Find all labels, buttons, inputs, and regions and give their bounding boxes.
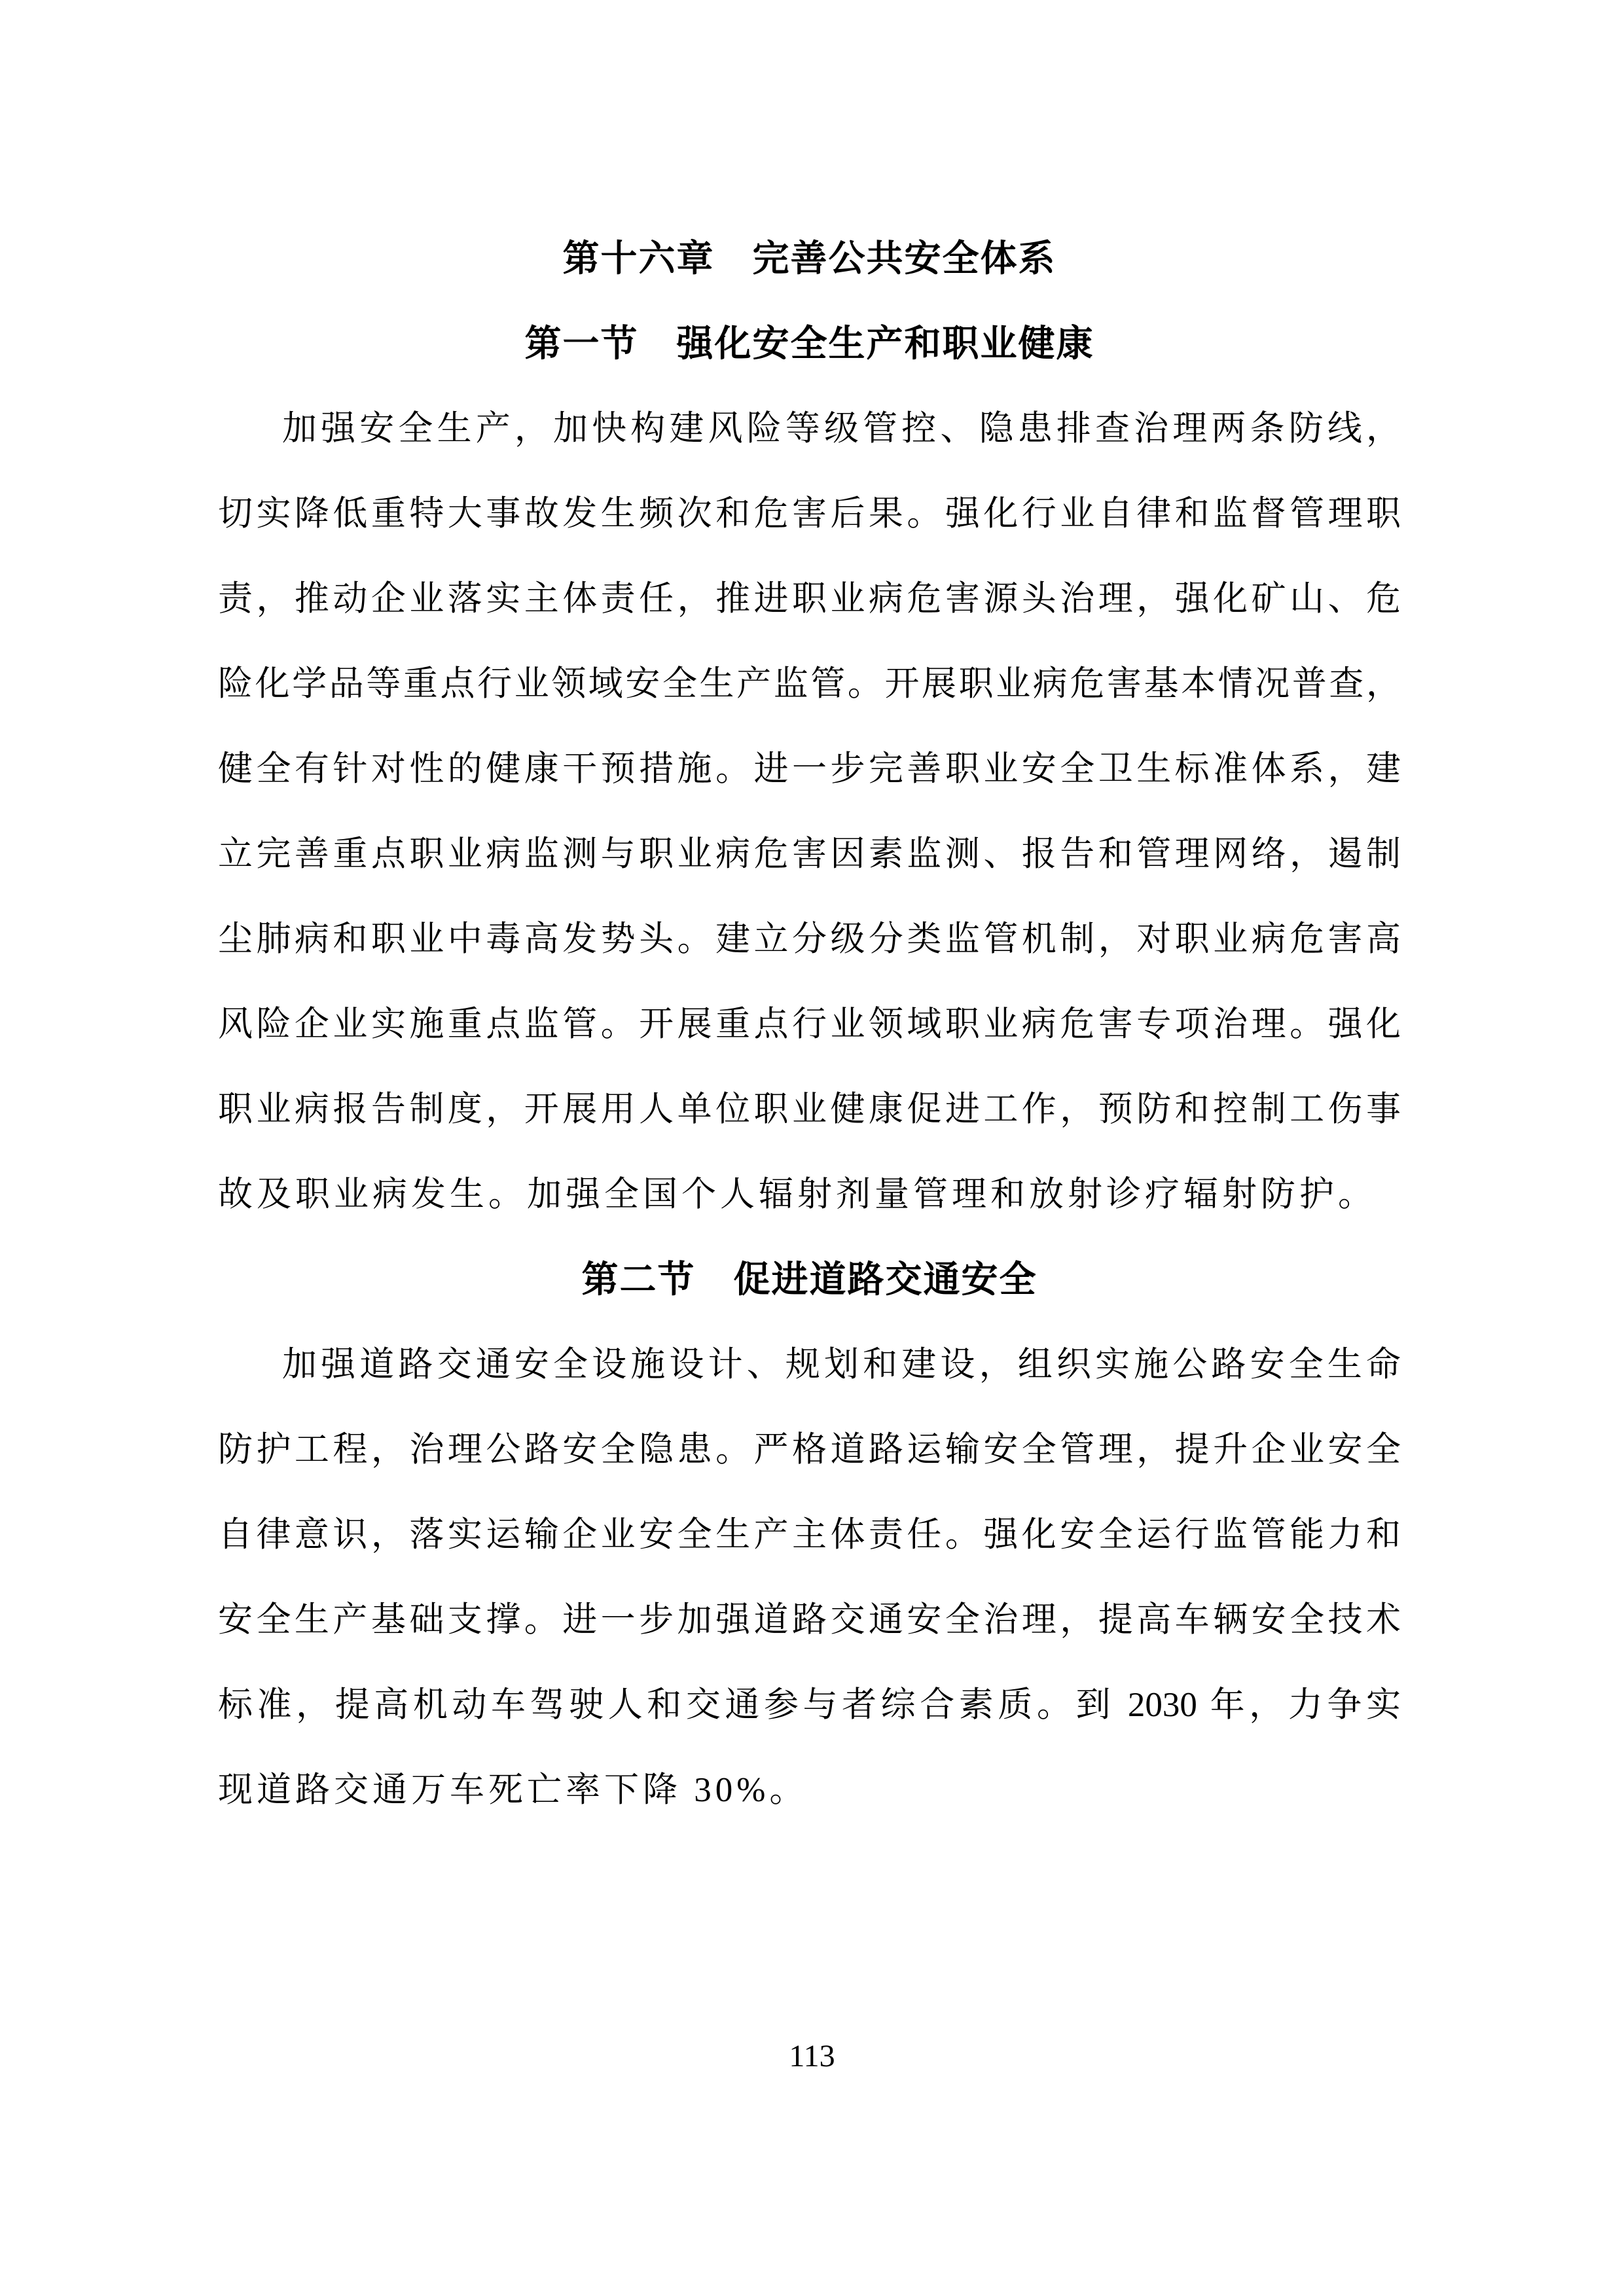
paragraph-2-line-2: 防护工程，治理公路安全隐患。严格道路运输安全管理，提升企业安全 [218,1407,1401,1492]
paragraph-1-line-2: 切实降低重特大事故发生频次和危害后果。强化行业自律和监督管理职 [218,471,1401,556]
paragraph-2-line-6: 现道路交通万车死亡率下降 30%。 [218,1748,1401,1833]
paragraph-1-line-8: 风险企业实施重点监管。开展重点行业领域职业病危害专项治理。强化 [218,982,1401,1067]
paragraph-2-line-5: 标准，提高机动车驾驶人和交通参与者综合素质。到 2030 年，力争实 [218,1662,1401,1748]
paragraph-2-line-4: 安全生产基础支撑。进一步加强道路交通安全治理，提高车辆安全技术 [218,1577,1401,1662]
paragraph-1-line-9: 职业病报告制度，开展用人单位职业健康促进工作，预防和控制工伤事 [218,1067,1401,1152]
chapter-heading: 第十六章 完善公共安全体系 [218,216,1401,301]
paragraph-1-line-6: 立完善重点职业病监测与职业病危害因素监测、报告和管理网络，遏制 [218,812,1401,897]
document-page: 第十六章 完善公共安全体系 第一节 强化安全生产和职业健康 加强安全生产，加快构… [0,0,1624,2296]
paragraph-2-line-1: 加强道路交通安全设施设计、规划和建设，组织实施公路安全生命 [218,1322,1401,1407]
paragraph-1-line-1: 加强安全生产，加快构建风险等级管控、隐患排查治理两条防线， [218,386,1401,471]
paragraph-1-line-4: 险化学品等重点行业领域安全生产监管。开展职业病危害基本情况普查， [218,641,1401,726]
section-1-heading: 第一节 强化安全生产和职业健康 [218,301,1401,386]
page-number: 113 [0,2037,1624,2076]
paragraph-1-line-3: 责，推动企业落实主体责任，推进职业病危害源头治理，强化矿山、危 [218,556,1401,641]
document-content: 第十六章 完善公共安全体系 第一节 强化安全生产和职业健康 加强安全生产，加快构… [218,216,1401,1833]
section-2-heading: 第二节 促进道路交通安全 [218,1237,1401,1322]
paragraph-1-line-7: 尘肺病和职业中毒高发势头。建立分级分类监管机制，对职业病危害高 [218,897,1401,982]
paragraph-1-line-5: 健全有针对性的健康干预措施。进一步完善职业安全卫生标准体系，建 [218,726,1401,812]
paragraph-1-line-10: 故及职业病发生。加强全国个人辐射剂量管理和放射诊疗辐射防护。 [218,1152,1401,1237]
paragraph-2-line-3: 自律意识，落实运输企业安全生产主体责任。强化安全运行监管能力和 [218,1492,1401,1577]
